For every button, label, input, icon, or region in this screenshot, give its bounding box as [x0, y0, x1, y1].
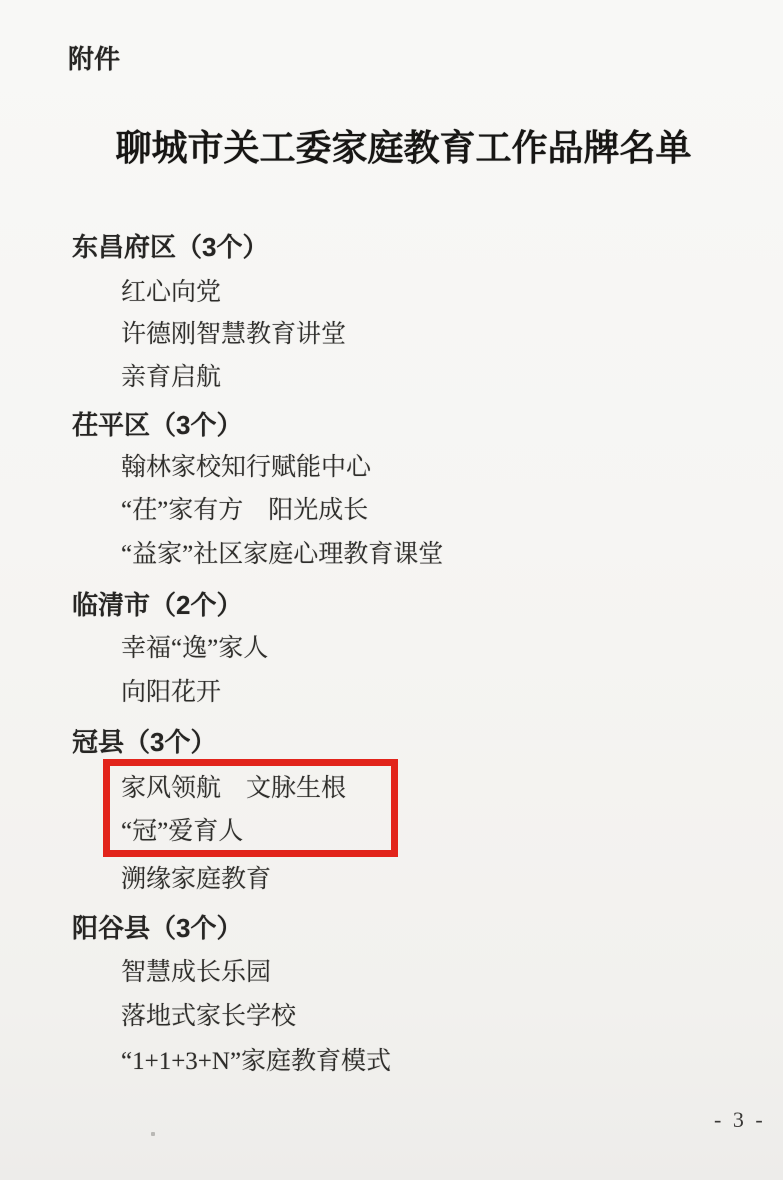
- document-page: 附件 聊城市关工委家庭教育工作品牌名单 东昌府区（3个） 红心向党 许德刚智慧教…: [0, 0, 783, 1180]
- brand-item: 幸福“逸”家人: [121, 635, 268, 663]
- section-header-chiping: 茌平区（3个）: [72, 411, 242, 440]
- brand-item: “益家”社区家庭心理教育课堂: [121, 541, 443, 569]
- brand-item: 许德刚智慧教育讲堂: [121, 321, 346, 349]
- scan-speck: [151, 1132, 155, 1136]
- section-header-guanxian: 冠县（3个）: [72, 728, 216, 757]
- brand-item: 向阳花开: [121, 679, 221, 707]
- brand-item: “1+1+3+N”家庭教育模式: [121, 1048, 391, 1076]
- brand-item: 翰林家校知行赋能中心: [121, 454, 371, 482]
- brand-item: 落地式家长学校: [121, 1003, 296, 1031]
- page-number: - 3 -: [714, 1109, 766, 1131]
- attachment-label: 附件: [68, 46, 120, 72]
- brand-item: 智慧成长乐园: [121, 959, 271, 987]
- brand-item-highlighted: “冠”爱育人: [121, 818, 243, 846]
- brand-item: 红心向党: [121, 279, 221, 307]
- section-header-yanggu: 阳谷县（3个）: [72, 914, 242, 943]
- brand-item-highlighted: 家风领航 文脉生根: [121, 775, 346, 803]
- section-header-linqing: 临清市（2个）: [72, 591, 242, 620]
- brand-item: 亲育启航: [121, 364, 221, 392]
- document-title: 聊城市关工委家庭教育工作品牌名单: [0, 130, 783, 166]
- brand-item: 溯缘家庭教育: [121, 866, 271, 894]
- section-header-dongchangfu: 东昌府区（3个）: [72, 233, 268, 262]
- brand-item: “茌”家有方 阳光成长: [121, 497, 368, 525]
